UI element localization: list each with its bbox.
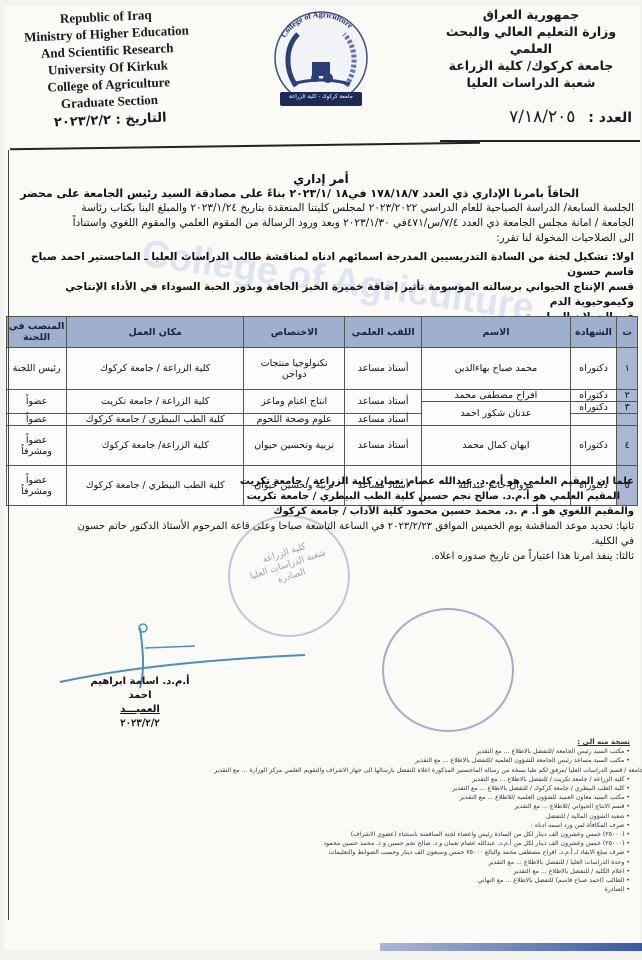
cell-role: عضواً [7, 390, 67, 414]
cell-name: عدنان شكور احمد [422, 402, 570, 426]
cell-name: محمد صباح بهاءالدين [422, 348, 570, 390]
cell-workplace: كلية الزراعة / جامعة كركوك [67, 348, 244, 390]
document-number: العدد : ٧/١٨/٢٠٥ [426, 109, 636, 127]
copy-line: • مكتب السيد معاون العميد للشؤون العلمية… [230, 793, 630, 802]
cell-title: أستاذ مساعد [345, 348, 422, 390]
signature-date: ٢٠٢٣/٢/٢ [80, 717, 200, 731]
evaluator-line: المقيم العلمي هو أ.م.د. صالح نجم حسين كل… [60, 489, 634, 504]
copy-line: • رئاسة الجامعة / قسم الدراسات العليا /م… [230, 766, 642, 775]
column-header: مكان العمل [67, 317, 244, 348]
number-label: العدد : [588, 110, 632, 126]
copy-line: • وحدة الدراسات العليا / للتفضل بالاطلاع… [230, 858, 630, 867]
evaluator-line: والمقيم اللغوي هو أ. م .د. محمد حسين محم… [60, 504, 634, 519]
left-border-line [8, 150, 9, 920]
cell-role: عضواً ومشرفاً [7, 466, 67, 506]
first-item: اولا: تشكيل لجنة من السادة التدريسيين ال… [4, 250, 634, 325]
cell-index: ٢ [617, 390, 638, 402]
copy-line: • (٢٥٠٠٠) خمس وعشرون الف دينار لكل من ال… [230, 830, 630, 839]
cell-workplace: كلية الزراعة / جامعة تكريت [67, 390, 244, 414]
column-header: الاسم [422, 317, 570, 348]
signer-position: العميـــد [80, 703, 200, 717]
paragraph-line: الحاقاً بامرنا الإداري ذي العدد ١٧٨/١٨/٧… [4, 186, 634, 201]
paragraph-line: الى الصلاحيات المخولة لنا تقرر: [4, 231, 634, 246]
copy-line: • كلية الطب البيطري / جامعة كركوك / للتف… [230, 784, 630, 793]
cell-specialty: انتاج اغنام وماعز [244, 390, 345, 414]
logo-caption: جامعة كركوك - كلية الزراعة [284, 94, 358, 100]
cell-degree: دكتوراه [570, 348, 617, 390]
document-title: أمر إداري [0, 172, 642, 186]
evaluators-block: علما ان المقيم العلمي هو أ.م.د. عبدالله … [60, 474, 634, 519]
table-row: ٤ دكتوراه ايهان كمال محمد أستاذ مساعد تر… [7, 426, 638, 466]
copy-line: • كلية الزراعة / جامعة تكريت / للتفضل با… [230, 775, 630, 784]
cell-specialty: علوم وصحة اللحوم [244, 414, 345, 426]
letterhead-line: وزارة التعليم العالي والبحث العلمي [426, 23, 636, 57]
copy-line: • الصادرة [230, 885, 630, 894]
letterhead-line: شعبة الدراسات العليا [426, 74, 636, 91]
letterhead-line: جمهورية العراق [426, 6, 636, 23]
copy-line: • مكتب السيد رئيس الجامعة /للتفضل بالاطل… [230, 747, 630, 756]
copy-line: • (٢٥٠٠٠) خمس وعشرون الف دينار لكل من أ.… [230, 839, 630, 848]
copy-line: • قسم الانتاج الحيواني /للاطلاع ... مع ا… [230, 802, 630, 811]
cell-degree: دكتوراه [570, 402, 617, 414]
copy-line: • الطالب (احمد صباح قاسم) للتفضل بالاطلا… [230, 876, 630, 885]
cell-index: ٣ [617, 402, 638, 414]
cell-title: أستاذ مساعد [345, 390, 422, 414]
copy-line: • اعلام الكلية / للتفضل بالاطلاع ... مع … [230, 867, 630, 876]
paragraph-line: الجامعة / امانة مجلس الجامعة ذي العدد ٧/… [4, 216, 634, 231]
cell-index: ٤ [617, 426, 638, 466]
copies-list: نسخة منه الى : • مكتب السيد رئيس الجامعة… [230, 738, 630, 894]
signature-block: أ.م.د. اسامة ابراهيم احمد العميـــد ٢٠٢٣… [80, 675, 200, 731]
stamp-text: كلية الزراعة شعبة الدراسات العليا الصادر… [237, 533, 339, 597]
cell-specialty: تربية وتحسين حيوان [244, 426, 345, 466]
header-divider-right [440, 140, 640, 142]
date-value: ٢٠٢٣/٢/٢ [54, 113, 112, 130]
table-row: ٢ دكتوراه افراح مصطفى محمد أستاذ مساعد ا… [7, 390, 638, 402]
college-stamp: كلية الزراعة شعبة الدراسات العليا الصادر… [228, 515, 350, 637]
cell-role: رئيس اللجنة [7, 348, 67, 390]
cell-index [617, 414, 638, 426]
column-header: اللقب العلمي [345, 317, 422, 348]
evaluator-line: علما ان المقيم العلمي هو أ.م.د. عبدالله … [60, 474, 634, 489]
cell-title: أستاذ مساعد [345, 426, 422, 466]
paragraph-line: اولا: تشكيل لجنة من السادة التدريسيين ال… [4, 250, 634, 280]
footer-band [380, 943, 642, 951]
college-logo: College of Agriculture جامعة كركوك - كلي… [262, 6, 380, 118]
cell-specialty: تكنولوجيا منتجات دواجن [244, 348, 345, 390]
cell-workplace: كلية الطب البيطري / جامعة كركوك [67, 414, 244, 426]
cell-workplace: كلية الزراعة/ جامعة كركوك [67, 426, 244, 466]
column-header: المنصب في اللجنة [7, 317, 67, 348]
copy-line: • صرف مبلغ الايفاد لـ أ.م.د. افراح مصطفى… [230, 848, 630, 857]
paragraph-line: قسم الإنتاج الحيواني برسالته الموسومة تأ… [4, 280, 634, 310]
arabic-letterhead: جمهورية العراق وزارة التعليم العالي والب… [426, 6, 636, 127]
copies-heading: نسخة منه الى : [230, 738, 630, 747]
cell-degree [570, 414, 617, 426]
column-header: الشهادة [570, 317, 617, 348]
table-row: ١ دكتوراه محمد صباح بهاءالدين أستاذ مساع… [7, 348, 638, 390]
cell-name: ايهان كمال محمد [422, 426, 570, 466]
copy-line: • صرف المكافأة لمن ورد اسمه ادناه : [230, 821, 630, 830]
cell-index: ١ [617, 348, 638, 390]
cell-name: افراح مصطفى محمد [422, 390, 570, 402]
signer-name: أ.م.د. اسامة ابراهيم احمد [80, 675, 200, 703]
letterhead-line: جامعة كركوك/ كلية الزراعة [426, 57, 636, 74]
cell-title: أستاذ مساعد [345, 414, 422, 426]
number-value: ٧/١٨/٢٠٥ [509, 107, 575, 127]
cell-degree: دكتوراه [570, 390, 617, 402]
intro-paragraph: الحاقاً بامرنا الإداري ذي العدد ١٧٨/١٨/٧… [4, 186, 634, 246]
paragraph-line: الجلسة السابعة/ الدراسة الصباحية للعام ا… [4, 201, 634, 216]
column-header: ت [617, 317, 638, 348]
date-label: التاريخ : [115, 111, 167, 128]
dean-stamp [382, 608, 514, 732]
copy-line: • مكتب السيد مساعد رئيس الجامعة للشؤون ا… [230, 756, 630, 765]
copy-line: • شعبة الشؤون المالية / للتفضل [230, 812, 630, 821]
cell-role: عضواً [7, 414, 67, 426]
column-header: الاختصاص [244, 317, 345, 348]
cell-role: عضواً ومشرفاً [7, 426, 67, 466]
cell-degree: دكتوراه [570, 426, 617, 466]
english-letterhead: Republic of Iraq Ministry of Higher Educ… [5, 4, 210, 134]
table-header-row: ت الشهادة الاسم اللقب العلمي الاختصاص مك… [7, 317, 638, 348]
tractor-wheat-emblem-icon: College of Agriculture [262, 6, 380, 118]
